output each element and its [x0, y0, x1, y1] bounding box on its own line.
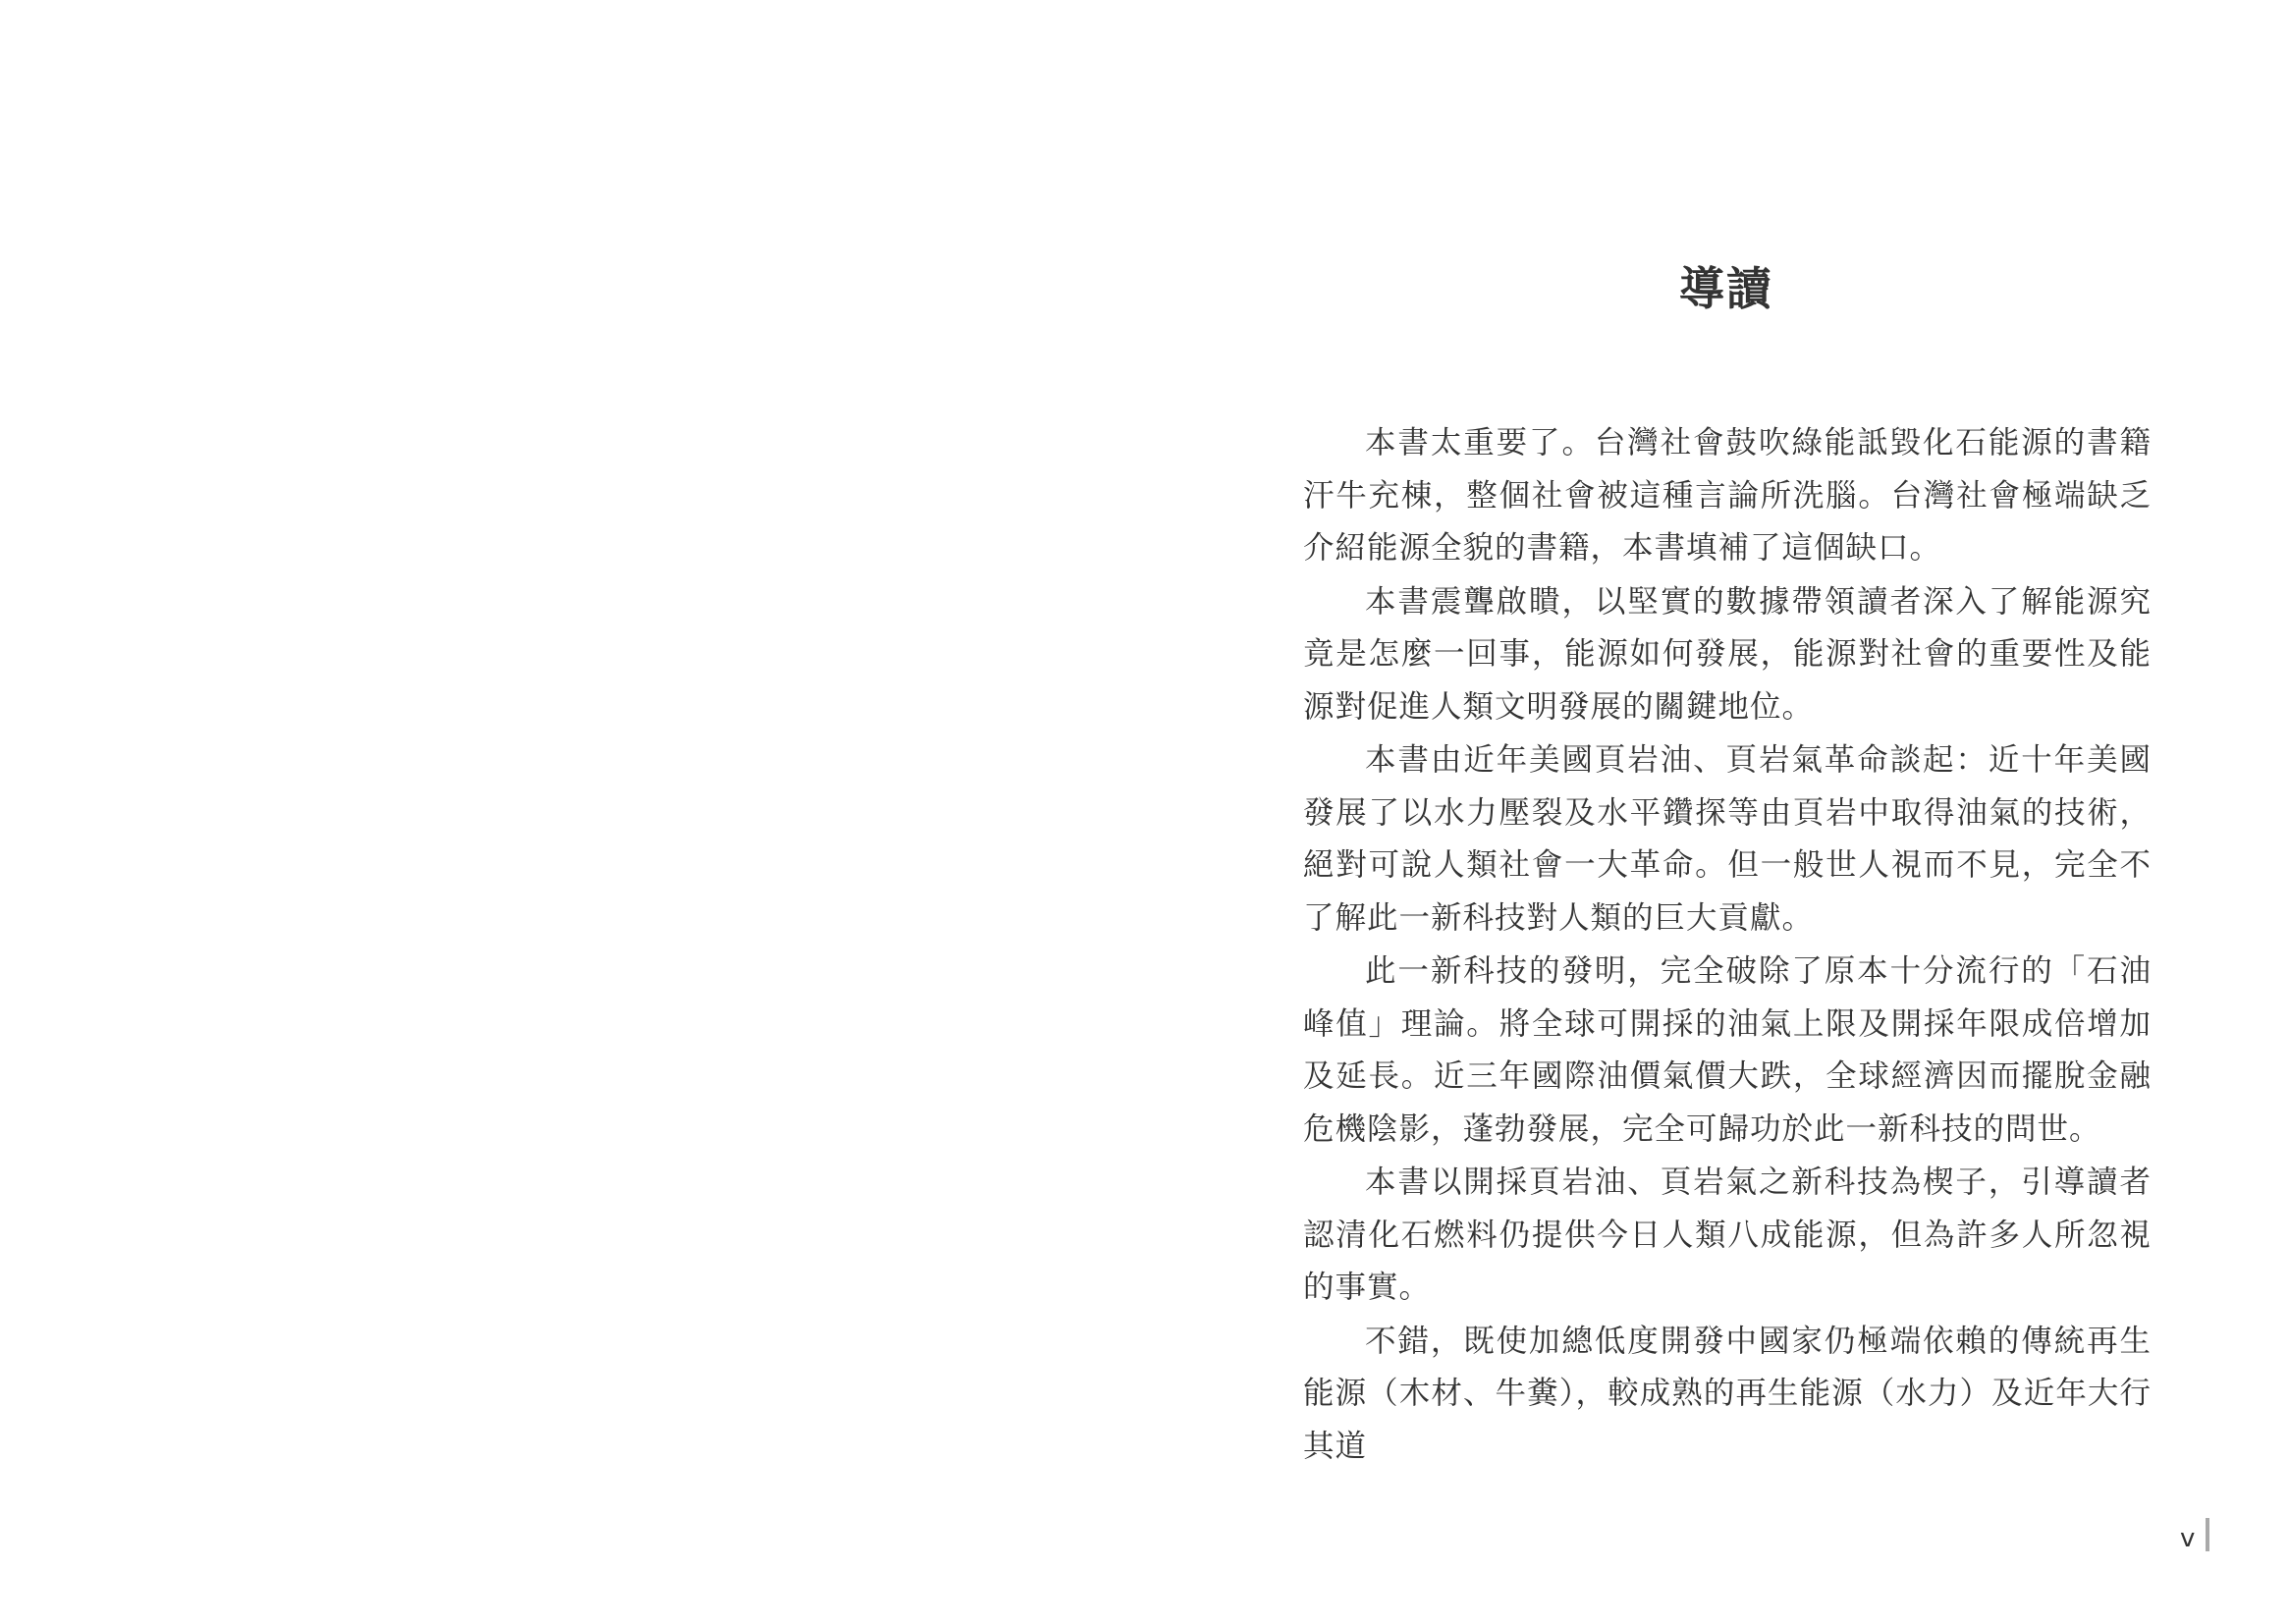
body-text: 本書太重要了。台灣社會鼓吹綠能詆毀化石能源的書籍汗牛充棟，整個社會被這種言論所洗…	[1303, 417, 2152, 1473]
paragraph-5: 本書以開採頁岩油、頁岩氣之新科技為楔子，引導讀者認清化石燃料仍提供今日人類八成能…	[1303, 1157, 2152, 1315]
paragraph-6: 不錯，既使加總低度開發中國家仍極端依賴的傳統再生能源（木材、牛糞），較成熟的再生…	[1303, 1316, 2152, 1474]
paragraph-1: 本書太重要了。台灣社會鼓吹綠能詆毀化石能源的書籍汗牛充棟，整個社會被這種言論所洗…	[1303, 417, 2152, 575]
chapter-title: 導讀	[1579, 253, 1874, 318]
page-number-divider	[2206, 1518, 2209, 1551]
paragraph-4: 此一新科技的發明，完全破除了原本十分流行的「石油峰值」理論。將全球可開採的油氣上…	[1303, 946, 2152, 1156]
paragraph-2: 本書震聾啟瞶，以堅實的數據帶領讀者深入了解能源究竟是怎麼一回事，能源如何發展，能…	[1303, 576, 2152, 734]
page-number: v	[2180, 1524, 2195, 1553]
paragraph-3: 本書由近年美國頁岩油、頁岩氣革命談起：近十年美國發展了以水力壓裂及水平鑽探等由頁…	[1303, 734, 2152, 945]
left-blank-page	[0, 0, 1144, 1624]
